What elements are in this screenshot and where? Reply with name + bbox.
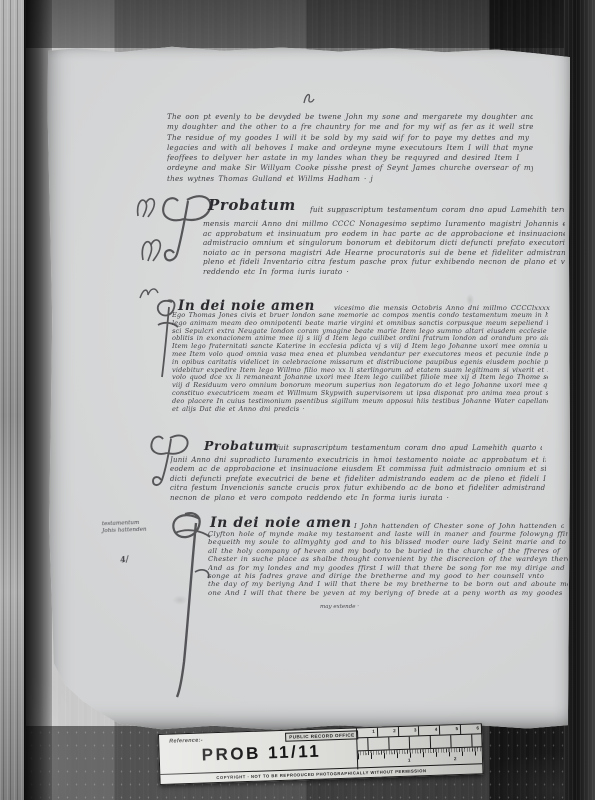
- public-record-office-label: PUBLIC RECORD OFFICE: [285, 730, 359, 741]
- film-edge-top: [0, 0, 595, 48]
- manuscript-line: thes wytnes Thomas Gulland et Willms Had…: [167, 174, 533, 184]
- in-dei-nomine-heading: In dei noie amen: [210, 516, 352, 531]
- ruler-inch-number: 5: [440, 725, 461, 735]
- ruler-cm-number: 2: [454, 756, 457, 761]
- film-sprocket-strip-left: [0, 0, 26, 800]
- manuscript-line: pleno et fideli Inventario citra festum …: [203, 257, 565, 267]
- manuscript-line: the day of my beriyng And I will that th…: [208, 580, 568, 588]
- probatum-opening-line: fuit suprascriptum testamentum coram dno…: [276, 443, 542, 453]
- manuscript-line: legacies and with all behoves I make and…: [167, 143, 533, 153]
- manuscript-line: admistracio omnium et singulorum bonorum…: [203, 238, 565, 248]
- probatum-heading: Probatum: [208, 198, 296, 213]
- manuscript-line: reddendo etc In forma iuris iurato ·: [203, 267, 565, 277]
- manuscript-line: bequeith my soule to allmyghty god and t…: [208, 538, 568, 546]
- manuscript-line: feoffees to delyver her astate in my lan…: [167, 153, 533, 163]
- manuscript-line: ordeyne and make Sir Willyam Cooke pissh…: [167, 163, 533, 173]
- manuscript-line: viij d Residuum vero omnium bonorum meor…: [172, 382, 548, 390]
- photo-scale-ruler: 123456 1 2: [356, 724, 483, 769]
- manuscript-line: mee Item volo quod omnia vasa mea enea e…: [172, 351, 548, 359]
- manuscript-line: constituo executricem meam et Willmum Sk…: [172, 390, 548, 398]
- manuscript-line: lego animam meam deo omnipotenti beate m…: [172, 320, 548, 328]
- margin-flourish-icon: [135, 194, 157, 220]
- manuscript-line: Ego Thomas Jones civis et bruer london s…: [172, 312, 548, 320]
- manuscript-line: Junii Anno dni supradicto Iuramento exec…: [170, 456, 546, 465]
- manuscript-line: eodem ac de approbacione et insinuacione…: [170, 465, 546, 474]
- manuscript-line: oblitis in exonacionem anime mee iij s i…: [172, 335, 548, 343]
- ruler-inch-number: 1: [357, 728, 378, 738]
- probate-clause-first: Probatum fuit suprascriptum testamentum …: [141, 192, 571, 282]
- manuscript-line: deo placere In cuius testimonium psentib…: [172, 398, 548, 406]
- initial-i-flourish-icon: [166, 510, 214, 700]
- ink-mark-icon: [302, 90, 316, 106]
- archive-reference-strip: Reference:- PUBLIC RECORD OFFICE PROB 11…: [158, 723, 484, 785]
- manuscript-line: ac approbatum et insinuatum pro eodem in…: [203, 229, 565, 239]
- manuscript-line: all the holy company of heven and my bod…: [208, 547, 568, 555]
- ruler-inch-number: 6: [461, 724, 482, 734]
- will-subscript: may extende ·: [320, 604, 359, 610]
- manuscript-line: Item lego fraternitati sancte Katerine i…: [172, 343, 548, 351]
- manuscript-line: videbitur expedire Item lego Willmo fili…: [172, 367, 548, 375]
- ruler-inch-number: 4: [419, 726, 440, 736]
- reference-caption: Reference:-: [169, 738, 203, 745]
- manuscript-line: necnon de plano et vero compoto reddendo…: [170, 494, 546, 503]
- ruler-inch-number: 3: [399, 726, 420, 736]
- manuscript-line: in opibus caritatis videlicet in celebra…: [172, 359, 548, 367]
- manuscript-line: The residue of my goodes I will it be so…: [167, 133, 533, 143]
- manuscript-line: dicti defuncti prefate executrici de ben…: [170, 475, 546, 484]
- manuscript-line: sci Sepulcri extra Neugate london coram …: [172, 328, 548, 336]
- manuscript-line: Clyfton hole of mynde make my testament …: [208, 530, 568, 538]
- closing-paragraph: The oon pt evenly to be devyded be twene…: [167, 112, 533, 184]
- ruler-inch-number: 2: [378, 727, 399, 737]
- probatum-opening-line: fuit suprascriptum testamentum coram dno…: [310, 205, 564, 215]
- margin-note-line: Johis hattenden: [102, 526, 172, 535]
- manuscript-line: my doughter and the other to a fre chaun…: [167, 122, 533, 132]
- microfilm-frame: The oon pt evenly to be devyded be twene…: [0, 0, 595, 800]
- manuscript-line: Chester in suche place as shalbe thought…: [208, 555, 568, 563]
- manuscript-line: The oon pt evenly to be devyded be twene…: [167, 112, 533, 122]
- manuscript-line: mensis marcii Anno dni millmo CCCC Nonag…: [203, 219, 565, 229]
- ruler-cm-number: 1: [408, 758, 411, 763]
- manuscript-line: one And I will that there be yeven at my…: [208, 589, 568, 597]
- manuscript-line: songe at his fadres grave and dirige the…: [208, 572, 568, 580]
- manuscript-page: The oon pt evenly to be devyded be twene…: [46, 44, 570, 732]
- manuscript-line: volo quod dce xx li remaneant Johanne ux…: [172, 374, 548, 382]
- manuscript-line: et alijs Dat die et Anno dni predcis ·: [172, 406, 548, 414]
- reference-number: PROB 11/11: [201, 742, 321, 766]
- manuscript-line: noiato ac in persona magistri Ade Hearne…: [203, 248, 565, 258]
- margin-note: testamentumJohis hattenden: [102, 519, 172, 535]
- manuscript-line: citra festum Invencionis sancte crucis p…: [170, 484, 546, 493]
- probatum-heading: Probatum: [204, 438, 278, 453]
- margin-mark: 4/: [119, 553, 129, 564]
- manuscript-line: And as for my londes and my goodes ffirs…: [208, 564, 568, 572]
- probate-clause-second: Probatum fuit suprascriptum testamentum …: [144, 428, 560, 508]
- will-section-second: testamentumJohis hattenden 4/ In dei noi…: [102, 508, 568, 728]
